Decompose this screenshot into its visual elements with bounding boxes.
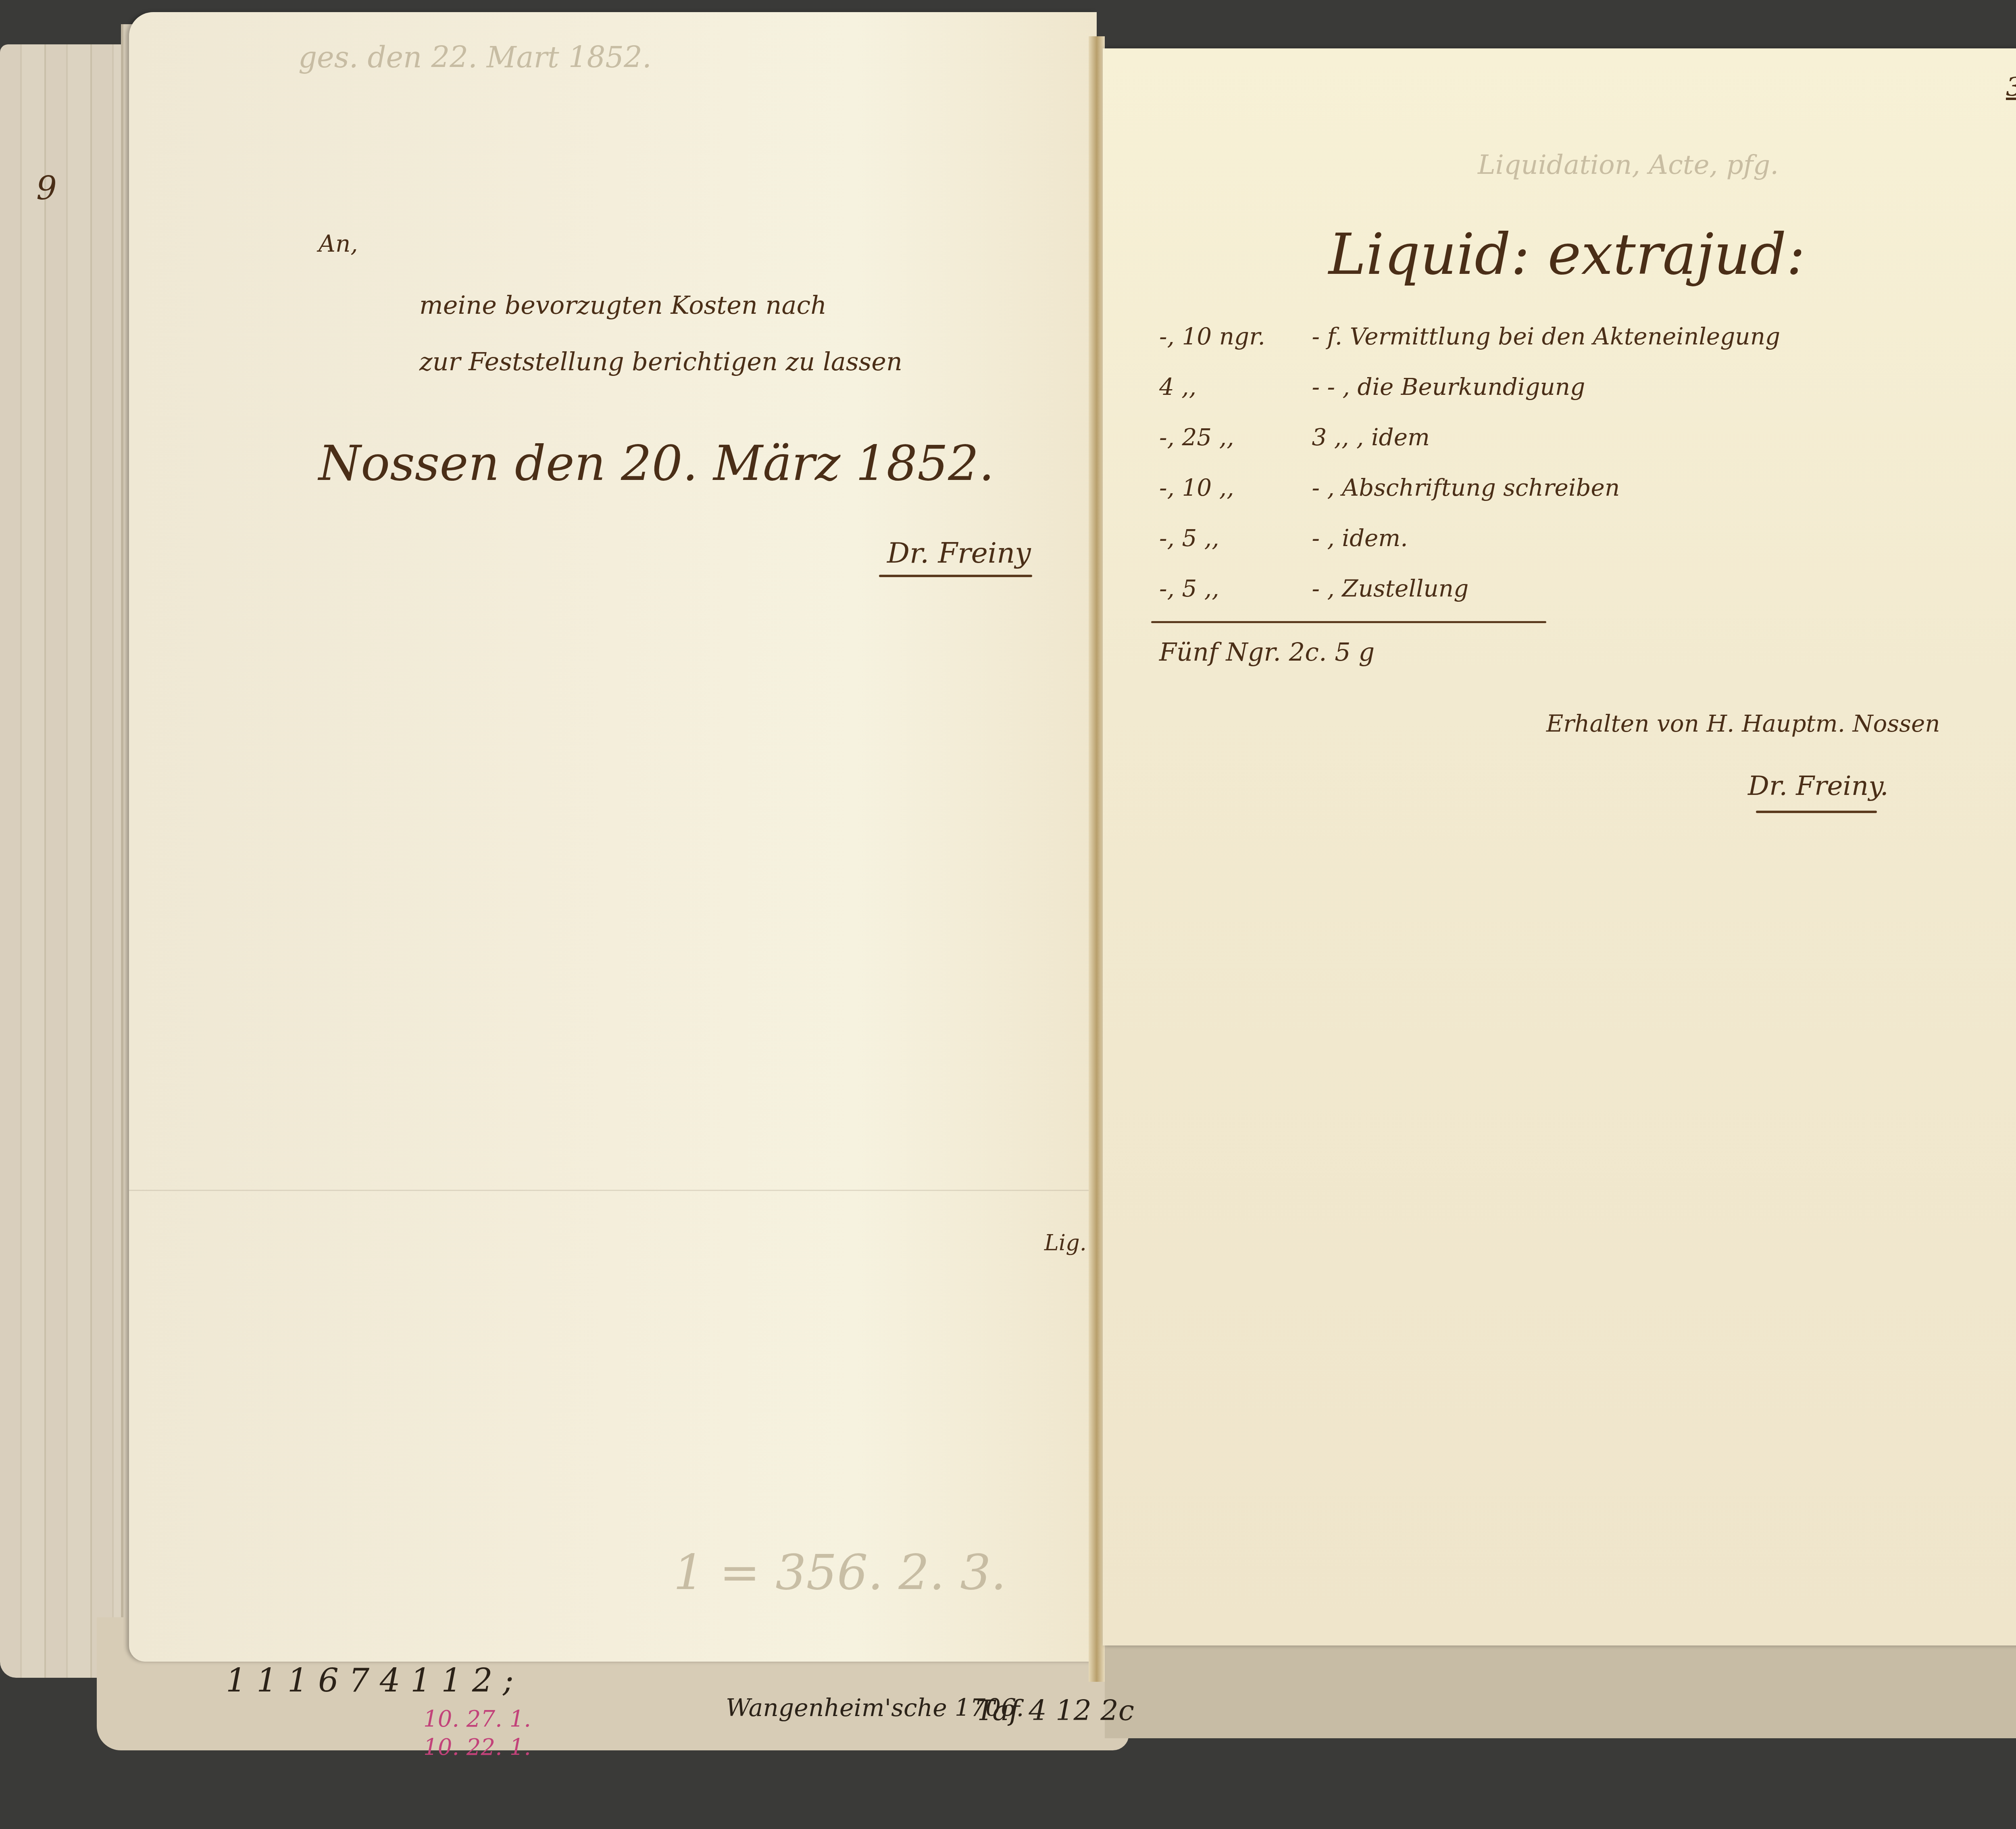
folio-number: 35 [2006,73,2016,102]
ghost-header: Liquidation, Acte, pfg. [1478,149,1779,180]
corner-note: Lig. [1044,1230,1087,1255]
bottom-ghost-text: 1 = 356. 2. 3. [673,1545,1006,1601]
entry-row: -, 10 ,, - , Abschriftung schreiben [1159,474,1780,524]
entry-row: -, 25 ,, 3 ,, , idem [1159,423,1780,474]
entry-amount: -, 5 ,, [1159,524,1304,552]
entry-row: -, 10 ngr. - f. Vermittlung bei den Akte… [1159,323,1780,373]
book-gutter [1089,36,1105,1682]
bottom-ink-fragment-3: Taf 4 12 2c [976,1694,1134,1727]
entry-text: - f. Vermittlung bei den Akteneinlegung [1312,323,1780,350]
place-date: Nossen den 20. März 1852. [319,436,994,492]
entry-text: - , idem. [1312,524,1408,552]
entry-amount: -, 10 ngr. [1159,323,1304,350]
archive-stamp-2: 10. 22. 1. [423,1734,531,1760]
body-line-2: zur Feststellung berichtigen zu lassen [419,347,902,376]
right-page: 35 Liquidation, Acte, pfg. Liquid: extra… [1103,48,2016,1645]
entry-amount: -, 5 ,, [1159,575,1304,602]
margin-fragment: 9 [36,169,57,207]
entry-text: - , Zustellung [1312,575,1468,602]
left-page: ges. den 22. Mart 1852. 9 An, meine bevo… [129,12,1097,1662]
entry-amount: -, 10 ,, [1159,474,1304,501]
entry-row: 4 ,, - - , die Beurkundigung [1159,373,1780,423]
entry-row: -, 5 ,, - , Zustellung [1159,575,1780,625]
entry-amount: -, 25 ,, [1159,423,1304,451]
entry-row: -, 5 ,, - , idem. [1159,524,1780,575]
entries-list: -, 10 ngr. - f. Vermittlung bei den Akte… [1159,323,1780,625]
entry-amount: 4 ,, [1159,373,1304,400]
total-rule [1151,621,1546,623]
underlying-leaf-bottom-right [1105,1645,2016,1738]
signature-left: Dr. Freiny [887,536,1031,569]
entry-text: - - , die Beurkundigung [1312,373,1585,400]
signature-flourish [879,575,1032,577]
archive-stamp-1: 10. 27. 1. [423,1706,531,1732]
signature-right: Dr. Freiny. [1748,770,1889,801]
entry-text: 3 ,, , idem [1312,423,1430,451]
bottom-ink-fragment-1: 1 1 1 6 7 4 1 1 2 ; [226,1662,514,1699]
total-line: Fünf Ngr. 2c. 5 g [1159,637,1375,667]
top-ghost-text: ges. den 22. Mart 1852. [298,40,652,74]
receipt-line: Erhalten von H. Hauptm. Nossen [1546,710,1940,737]
document-title: Liquid: extrajud: [1329,222,1805,288]
body-line-1: meine bevorzugten Kosten nach [419,290,827,320]
salutation: An, [319,230,358,257]
signature-flourish [1756,811,1877,813]
entry-text: - , Abschriftung schreiben [1312,474,1620,501]
